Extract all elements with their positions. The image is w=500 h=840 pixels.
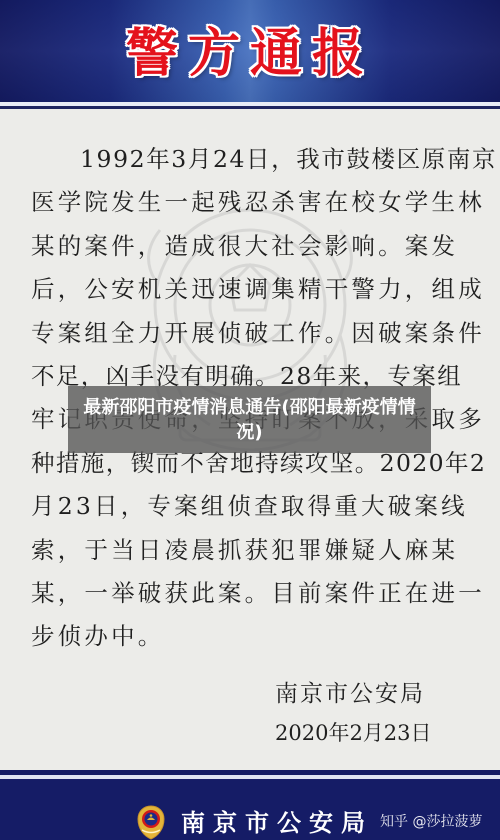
signature-organization: 南京市公安局	[275, 676, 475, 712]
article-title-overlay[interactable]: 最新邵阳市疫情消息通告(邵阳最新疫情情况)	[68, 386, 431, 453]
signature-date: 2020年2月23日	[275, 715, 475, 751]
notice-line: 步侦办中。	[31, 615, 476, 658]
notice-line: 专案组全力开展侦破工作。因破案条件	[31, 312, 476, 355]
notice-line: 医学院发生一起残忍杀害在校女学生林	[31, 181, 476, 224]
article-title-text: 最新邵阳市疫情消息通告(邵阳最新疫情情况)	[78, 395, 421, 445]
notice-line: 月23日，专案组侦查取得重大破案线	[31, 485, 476, 528]
footer-organization: 南京市公安局	[181, 808, 373, 838]
notice-line: 某的案件，造成很大社会影响。案发	[31, 225, 476, 268]
header-divider-dark	[0, 106, 500, 109]
police-badge-icon	[136, 805, 166, 840]
notice-line: 后，公安机关迅速调集精干警力，组成	[31, 268, 476, 311]
notice-title: 警方通报	[0, 24, 500, 84]
notice-line: 1992年3月24日，我市鼓楼区原南京	[31, 138, 476, 181]
source-credit: 知乎 @莎拉菠萝	[380, 812, 482, 832]
notice-line: 索，于当日凌晨抓获犯罪嫌疑人麻某	[31, 529, 476, 572]
signature-block: 南京市公安局 2020年2月23日	[275, 676, 475, 751]
notice-line: 某，一举破获此案。目前案件正在进一	[31, 572, 476, 615]
